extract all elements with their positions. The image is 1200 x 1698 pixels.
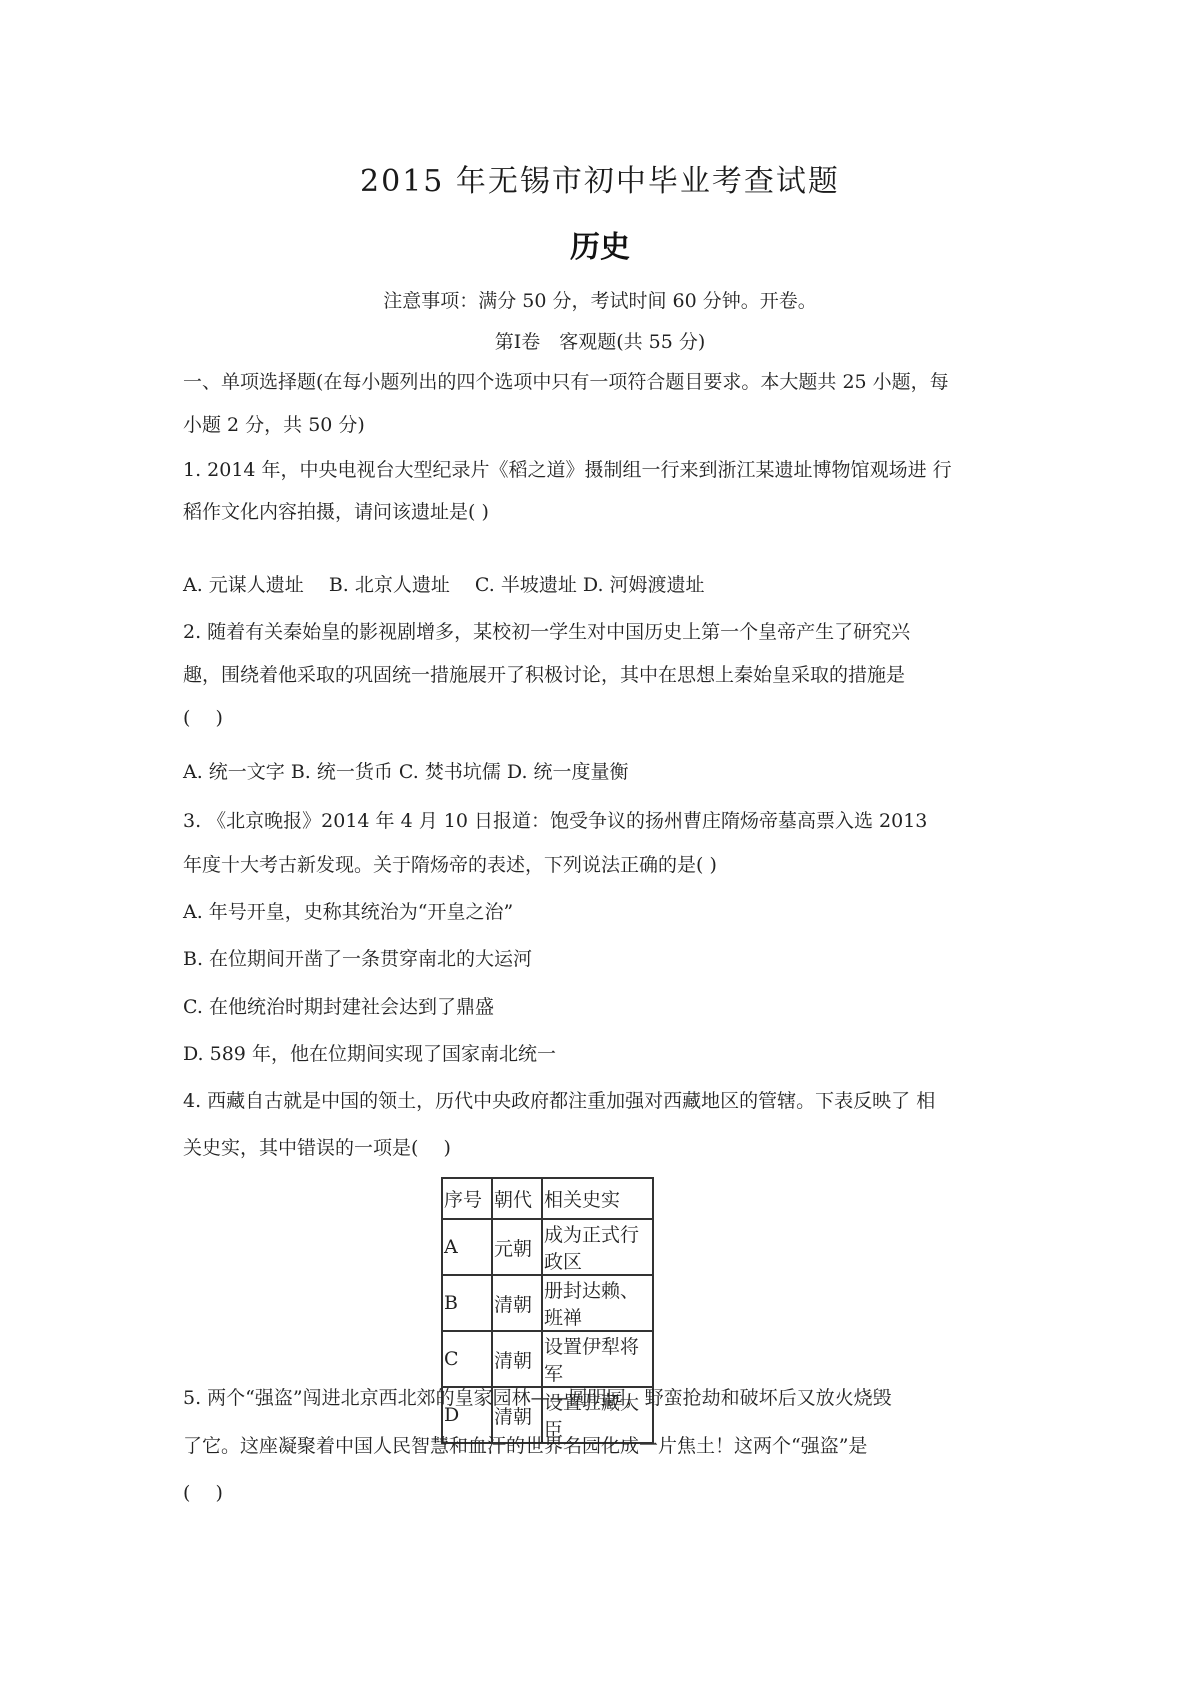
section-instructions-line2: 小题 2 分，共 50 分): [183, 410, 365, 437]
table-cell: 成为正式行政区: [542, 1219, 653, 1275]
table-row: B 清朝 册封达赖、班禅: [442, 1275, 653, 1331]
exam-page: 2015 年无锡市初中毕业考查试题 历史 注意事项：满分 50 分，考试时间 6…: [0, 0, 1200, 1698]
question-3-option-c: C. 在他统治时期封建社会达到了鼎盛: [183, 992, 494, 1019]
table-row: C 清朝 设置伊犁将军: [442, 1331, 653, 1387]
table-cell: 元朝: [492, 1219, 542, 1275]
table-cell: 册封达赖、班禅: [542, 1275, 653, 1331]
exam-title: 2015 年无锡市初中毕业考查试题: [0, 156, 1200, 200]
question-3-stem-line2: 年度十大考古新发现。关于隋炀帝的表述，下列说法正确的是( ): [183, 850, 717, 877]
exam-notice: 注意事项：满分 50 分，考试时间 60 分钟。开卷。: [0, 286, 1200, 313]
table-cell: 设置伊犁将军: [542, 1331, 653, 1387]
table-cell: A: [442, 1219, 492, 1275]
table-cell: 清朝: [492, 1331, 542, 1387]
table-cell: 清朝: [492, 1275, 542, 1331]
question-3-option-b: B. 在位期间开凿了一条贯穿南北的大运河: [183, 944, 532, 971]
question-2-options: A. 统一文字 B. 统一货币 C. 焚书坑儒 D. 统一度量衡: [183, 757, 629, 784]
question-1-options: A. 元谋人遗址 B. 北京人遗址 C. 半坡遗址 D. 河姆渡遗址: [183, 570, 705, 597]
subject-heading: 历史: [0, 222, 1200, 266]
question-2-answer-blank: ( ): [183, 703, 223, 730]
question-5-stem-line1: 5. 两个“强盗”闯进北京西北郊的皇家园林——圆明园，野蛮抢劫和破坏后又放火烧毁: [183, 1383, 892, 1410]
table-row: A 元朝 成为正式行政区: [442, 1219, 653, 1275]
table-cell: B: [442, 1275, 492, 1331]
table-header-row: 序号 朝代 相关史实: [442, 1178, 653, 1219]
table-header-cell: 序号: [442, 1178, 492, 1219]
question-3-option-d: D. 589 年，他在位期间实现了国家南北统一: [183, 1039, 556, 1066]
section-instructions-line1: 一、单项选择题(在每小题列出的四个选项中只有一项符合题目要求。本大题共 25 小…: [183, 367, 949, 394]
question-4-stem-line1: 4. 西藏自古就是中国的领土，历代中央政府都注重加强对西藏地区的管辖。下表反映了…: [183, 1086, 935, 1113]
question-2-stem-line1: 2. 随着有关秦始皇的影视剧增多，某校初一学生对中国历史上第一个皇帝产生了研究兴: [183, 617, 910, 644]
table-header-cell: 相关史实: [542, 1178, 653, 1219]
question-1-stem-line2: 稻作文化内容拍摄，请问该遗址是( ): [183, 497, 489, 524]
volume-heading: 第Ⅰ卷 客观题(共 55 分): [0, 327, 1200, 354]
question-3-option-a: A. 年号开皇，史称其统治为“开皇之治”: [183, 897, 513, 924]
table-header-cell: 朝代: [492, 1178, 542, 1219]
question-3-stem-line1: 3. 《北京晚报》2014 年 4 月 10 日报道：饱受争议的扬州曹庄隋炀帝墓…: [183, 806, 927, 833]
question-4-stem-line2: 关史实，其中错误的一项是( ): [183, 1133, 451, 1160]
table-cell: C: [442, 1331, 492, 1387]
question-5-answer-blank: ( ): [183, 1478, 223, 1505]
question-5-stem-line2: 了它。这座凝聚着中国人民智慧和血汗的世界名园化成一片焦土！这两个“强盗”是: [183, 1431, 867, 1458]
question-2-stem-line2: 趣，围绕着他采取的巩固统一措施展开了积极讨论，其中在思想上秦始皇采取的措施是: [183, 660, 905, 687]
question-1-stem-line1: 1. 2014 年，中央电视台大型纪录片《稻之道》摄制组一行来到浙江某遗址博物馆…: [183, 455, 952, 482]
